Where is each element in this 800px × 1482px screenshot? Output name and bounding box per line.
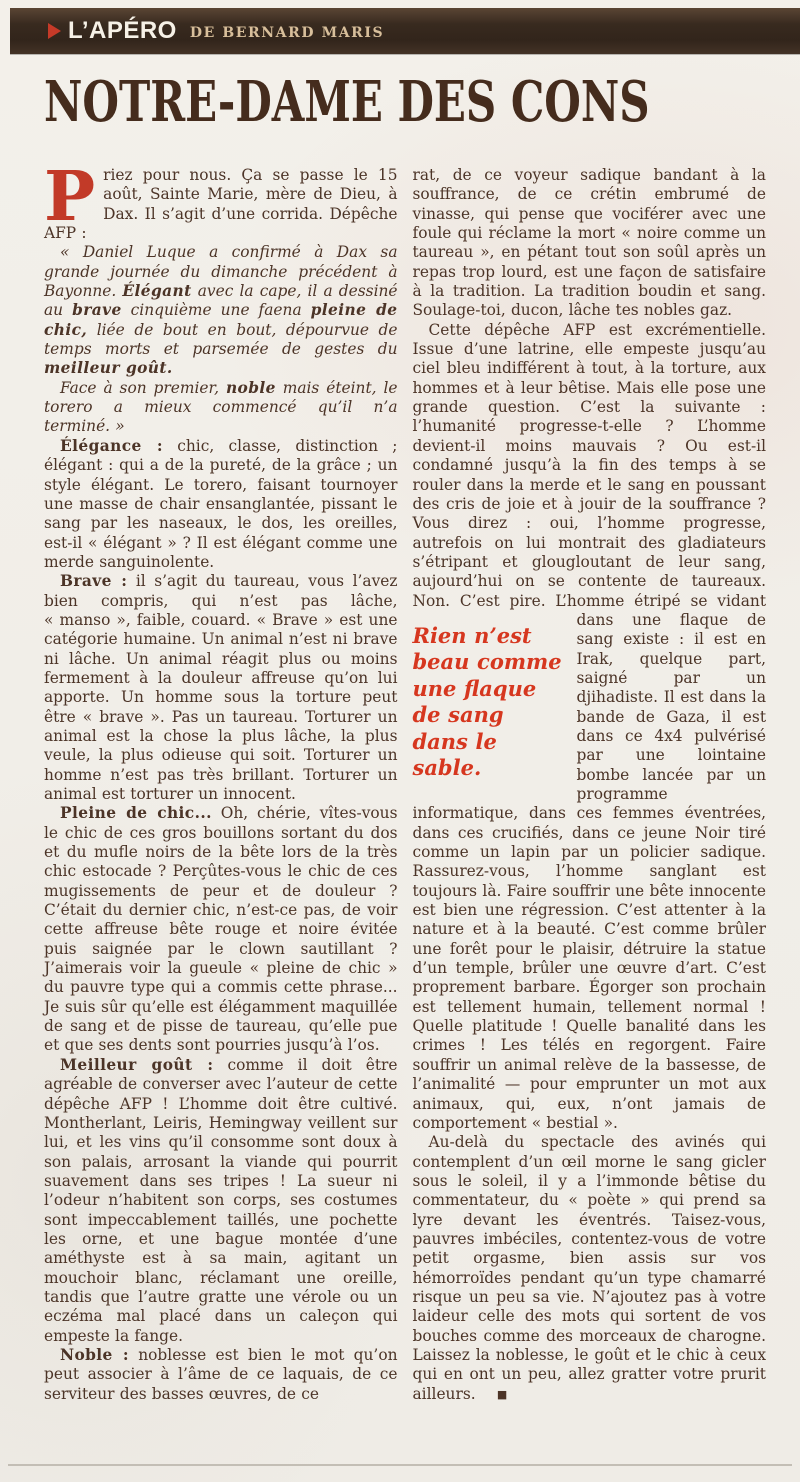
bold-term: Pleine de chic... — [60, 804, 212, 822]
pull-quote: Rien n’est beau comme une flaque de sang… — [413, 623, 563, 782]
bold-term: Noble : — [60, 1346, 129, 1364]
article-paragraph: Face à son premier, noble mais éteint, l… — [44, 379, 398, 437]
section-masthead: L’APÉRO DE BERNARD MARIS — [10, 8, 800, 54]
bold-term: Meilleur goût : — [60, 1056, 213, 1074]
article-paragraph: Priez pour nous. Ça se passe le 15 août,… — [44, 166, 398, 243]
end-mark: ■ — [481, 1385, 507, 1404]
bold-term: meilleur goût. — [44, 359, 173, 377]
article-paragraph: Meilleur goût : comme il doit être agréa… — [44, 1056, 398, 1346]
bold-term: noble — [226, 379, 276, 397]
column-left: Priez pour nous. Ça se passe le 15 août,… — [44, 166, 398, 1404]
article-paragraph: Brave : il s’agit du taureau, vous l’ave… — [44, 572, 398, 804]
bold-term: Brave : — [60, 572, 127, 590]
article-paragraph: « Daniel Luque a confirmé à Dax sa grand… — [44, 243, 398, 378]
bold-term: Élégance : — [60, 437, 163, 455]
article-paragraph: rat, de ce voyeur sadique bandant à la s… — [413, 166, 767, 321]
bottom-rule — [8, 1464, 792, 1466]
bold-term: brave — [72, 301, 122, 319]
bold-term: Élégant — [122, 282, 191, 300]
article-paragraph: Au-delà du spectacle des avinés qui cont… — [413, 1133, 767, 1404]
article-body: Priez pour nous. Ça se passe le 15 août,… — [44, 166, 766, 1404]
article-headline: NOTRE-DAME DES CONS — [44, 72, 650, 132]
article-paragraph: Élégance : chic, classe, distinction ; é… — [44, 437, 398, 572]
article-paragraph: Cette dépêche AFP est excrémentielle. Is… — [413, 321, 767, 1133]
article-paragraph: Pleine de chic... Oh, chérie, vîtes-vous… — [44, 804, 398, 1055]
section-byline: DE BERNARD MARIS — [190, 25, 384, 41]
section-title: L’APÉRO — [68, 17, 177, 45]
newspaper-page: L’APÉRO DE BERNARD MARIS NOTRE-DAME DES … — [0, 0, 800, 1482]
article-paragraph: Noble : noblesse est bien le mot qu’on p… — [44, 1346, 398, 1404]
column-right: rat, de ce voyeur sadique bandant à la s… — [413, 166, 767, 1404]
kicker-arrow-icon — [48, 23, 61, 39]
drop-cap: P — [44, 170, 95, 224]
